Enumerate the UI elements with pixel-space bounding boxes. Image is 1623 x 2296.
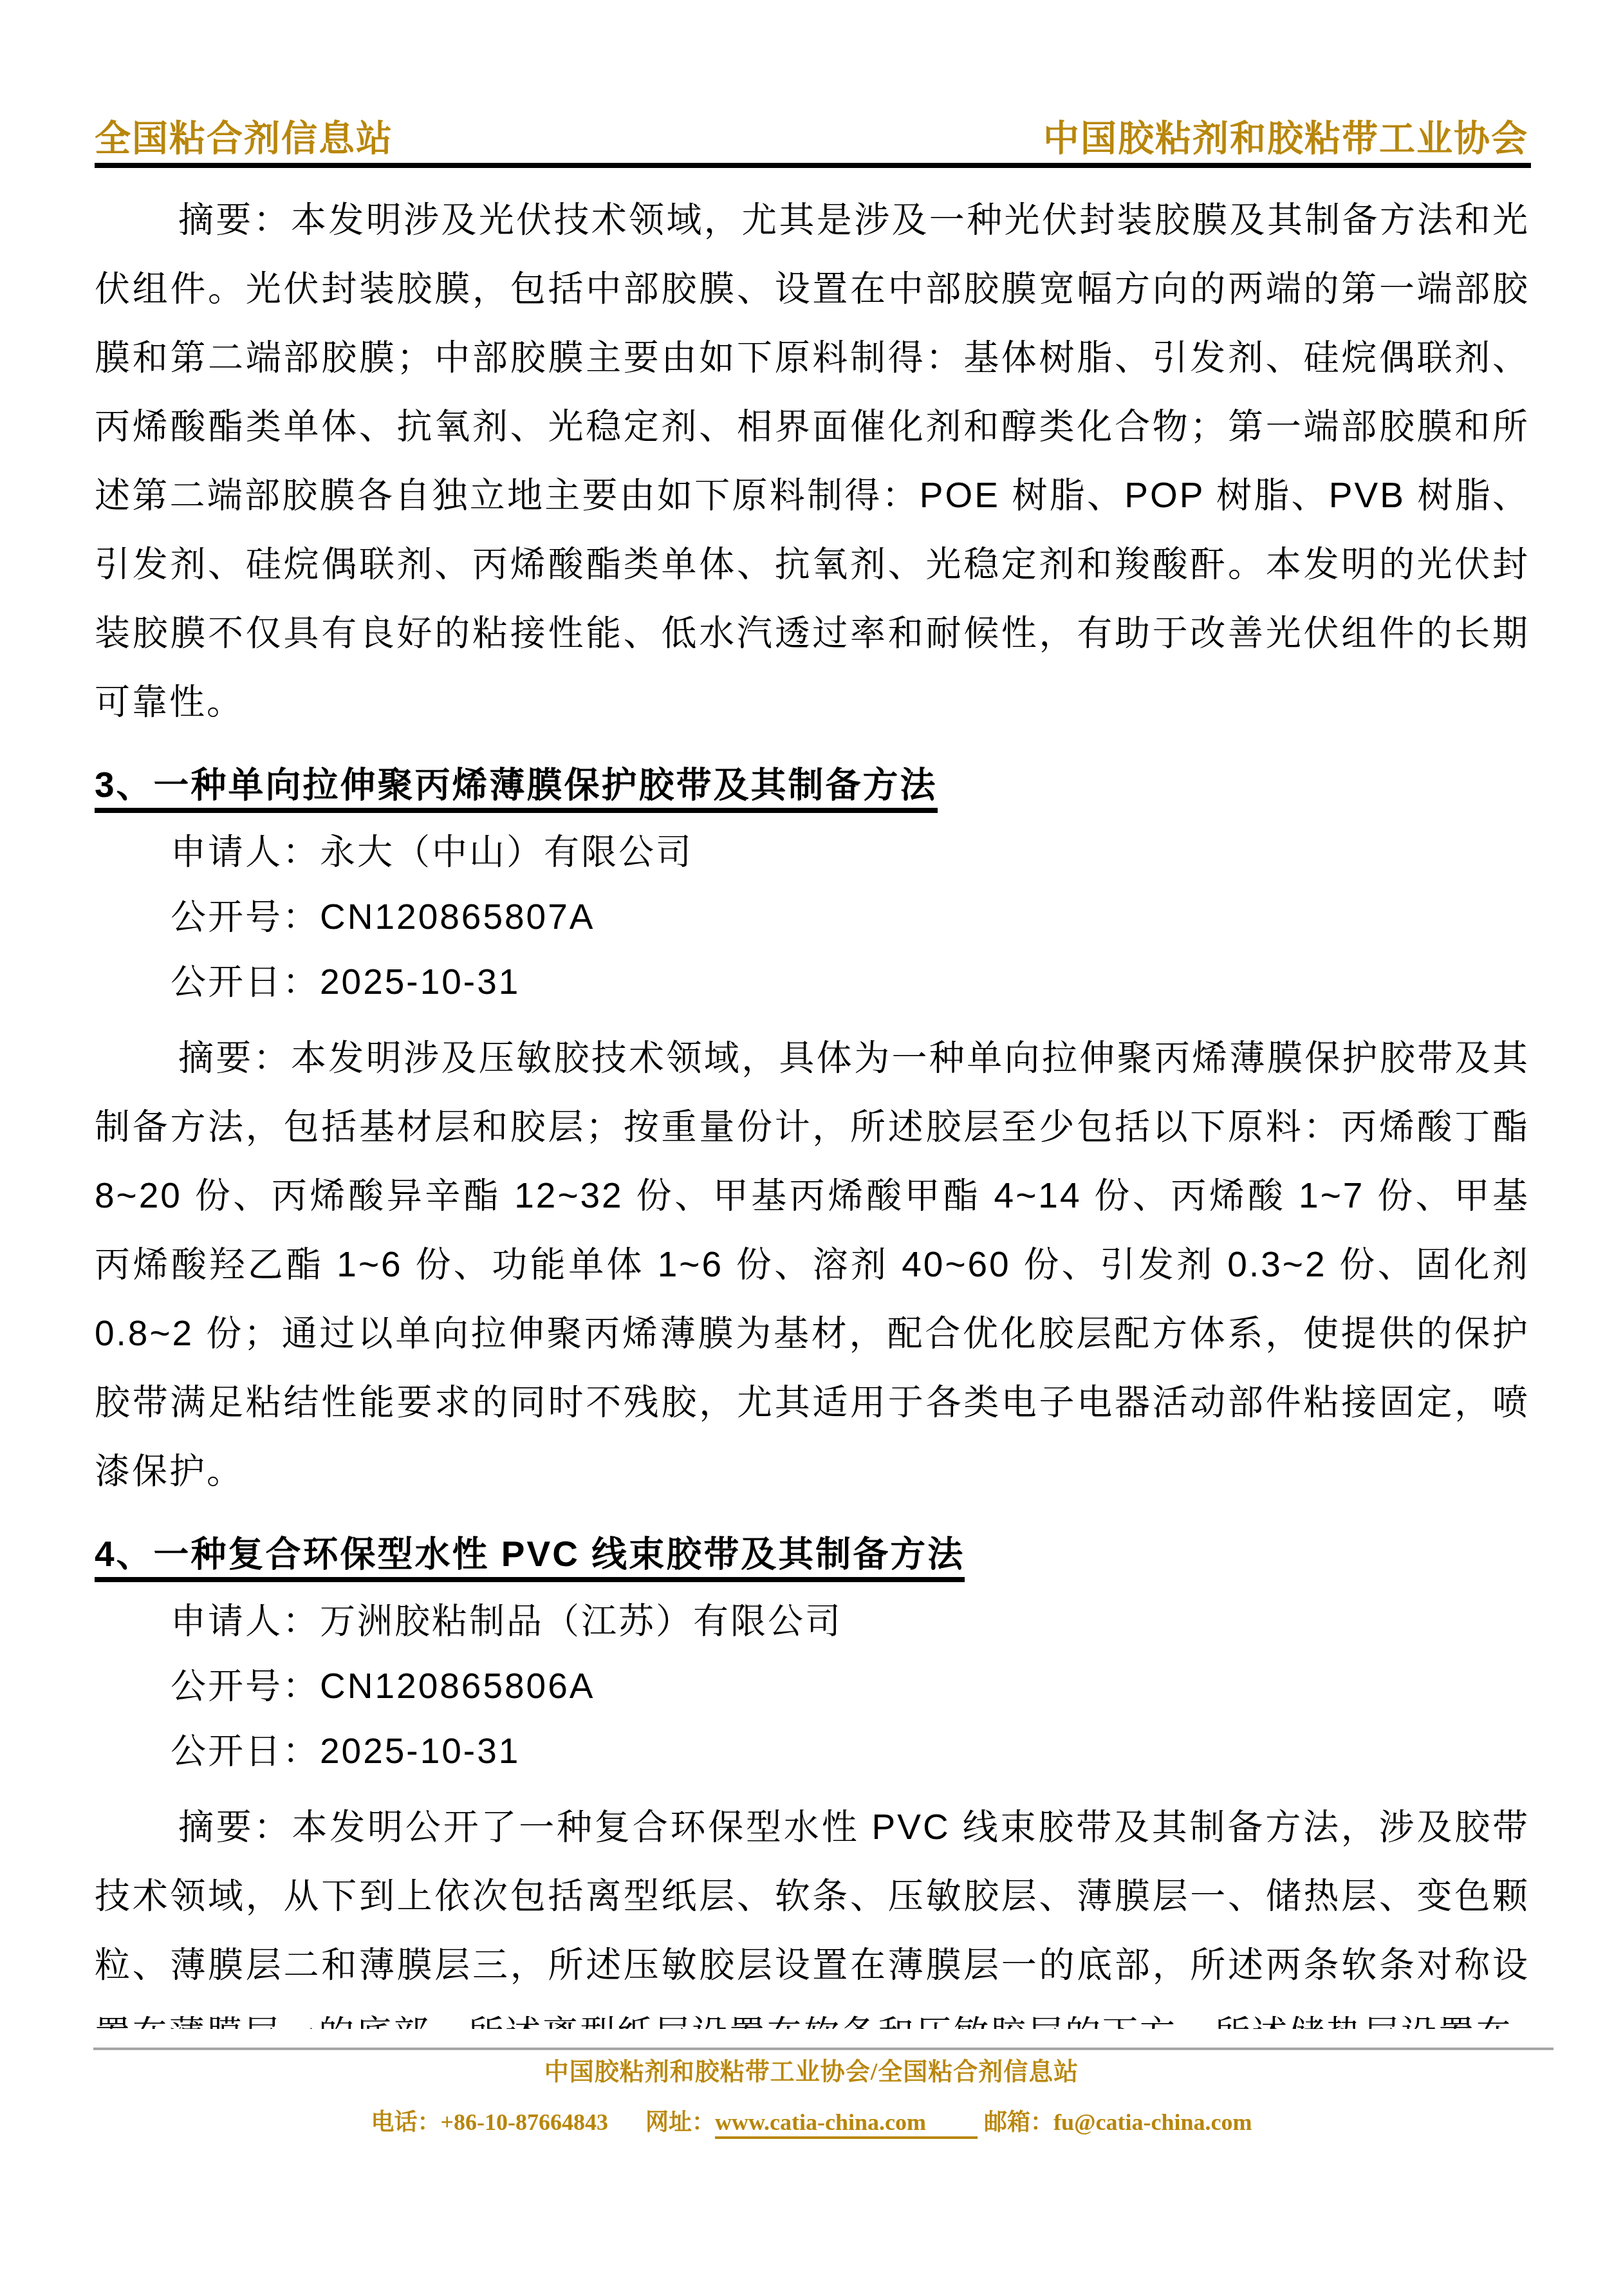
phone-number: +86-10-87664843 <box>441 2109 609 2135</box>
document-page: 全国粘合剂信息站 中国胶粘剂和胶粘带工业协会 摘要：本发明涉及光伏技术领域，尤其… <box>0 0 1623 2296</box>
patent-abstract-3: 摘要：本发明涉及压敏胶技术领域，具体为一种单向拉伸聚丙烯薄膜保护胶带及其制备方法… <box>95 1023 1530 1506</box>
page-header: 全国粘合剂信息站 中国胶粘剂和胶粘带工业协会 <box>95 118 1528 158</box>
website-label: 网址： <box>645 2109 715 2135</box>
applicant-value: 万洲胶粘制品（江苏）有限公司 <box>320 1601 842 1641</box>
phone-label: 电话： <box>371 2109 441 2135</box>
footer-org-line: 中国胶粘剂和胶粘带工业协会/全国粘合剂信息站 <box>0 2055 1623 2089</box>
email-label: 邮箱： <box>984 2109 1053 2135</box>
applicant-label: 申请人： <box>171 1601 320 1641</box>
applicant-value: 永大（中山）有限公司 <box>320 832 693 872</box>
publication-number-value: CN120865806A <box>320 1666 595 1706</box>
page-body: 摘要：本发明涉及光伏技术领域，尤其是涉及一种光伏封装胶膜及其制备方法和光伏组件。… <box>95 175 1530 2029</box>
publication-date-label: 公开日： <box>171 1731 320 1771</box>
publication-number-line-3: 公开号：CN120865807A <box>95 884 1530 949</box>
publication-date-value: 2025-10-31 <box>320 962 520 1002</box>
publication-number-line-4: 公开号：CN120865806A <box>95 1654 1530 1719</box>
footer-contact-line: 电话：+86-10-87664843网址：www.catia-china.com… <box>0 2106 1623 2138</box>
patent-abstract-4: 摘要：本发明公开了一种复合环保型水性 PVC 线束胶带及其制备方法，涉及胶带技术… <box>95 1793 1530 2029</box>
patent-title-3: 3、一种单向拉伸聚丙烯薄膜保护胶带及其制备方法 <box>95 751 1530 819</box>
applicant-line-3: 申请人：永大（中山）有限公司 <box>95 819 1530 884</box>
patent-entry-4: 4、一种复合环保型水性 PVC 线束胶带及其制备方法 申请人：万洲胶粘制品（江苏… <box>95 1520 1530 2029</box>
publication-date-line-3: 公开日：2025-10-31 <box>95 949 1530 1014</box>
applicant-line-4: 申请人：万洲胶粘制品（江苏）有限公司 <box>95 1589 1530 1654</box>
patent-entry-3: 3、一种单向拉伸聚丙烯薄膜保护胶带及其制备方法 申请人：永大（中山）有限公司 公… <box>95 751 1530 1506</box>
patent-title-3-text: 3、一种单向拉伸聚丙烯薄膜保护胶带及其制备方法 <box>95 765 938 813</box>
publication-date-line-4: 公开日：2025-10-31 <box>95 1719 1530 1784</box>
abstract-continuation-paragraph: 摘要：本发明涉及光伏技术领域，尤其是涉及一种光伏封装胶膜及其制备方法和光伏组件。… <box>95 185 1530 736</box>
email-address: fu@catia-china.com <box>1053 2109 1252 2135</box>
patent-title-4: 4、一种复合环保型水性 PVC 线束胶带及其制备方法 <box>95 1520 1530 1589</box>
association-name-text: 中国胶粘剂和胶粘带工业协会 <box>1043 118 1528 158</box>
publication-number-label: 公开号： <box>171 897 320 937</box>
applicant-label: 申请人： <box>171 832 320 872</box>
publication-number-value: CN120865807A <box>320 897 595 937</box>
publication-date-label: 公开日： <box>171 962 320 1002</box>
footer-rule <box>93 2048 1553 2050</box>
site-name-text: 全国粘合剂信息站 <box>95 118 393 158</box>
publication-date-value: 2025-10-31 <box>320 1731 520 1771</box>
header-rule <box>95 163 1531 168</box>
patent-title-4-text: 4、一种复合环保型水性 PVC 线束胶带及其制备方法 <box>95 1535 965 1582</box>
publication-number-label: 公开号： <box>171 1666 320 1706</box>
website-link[interactable]: www.catia-china.com <box>715 2109 978 2139</box>
